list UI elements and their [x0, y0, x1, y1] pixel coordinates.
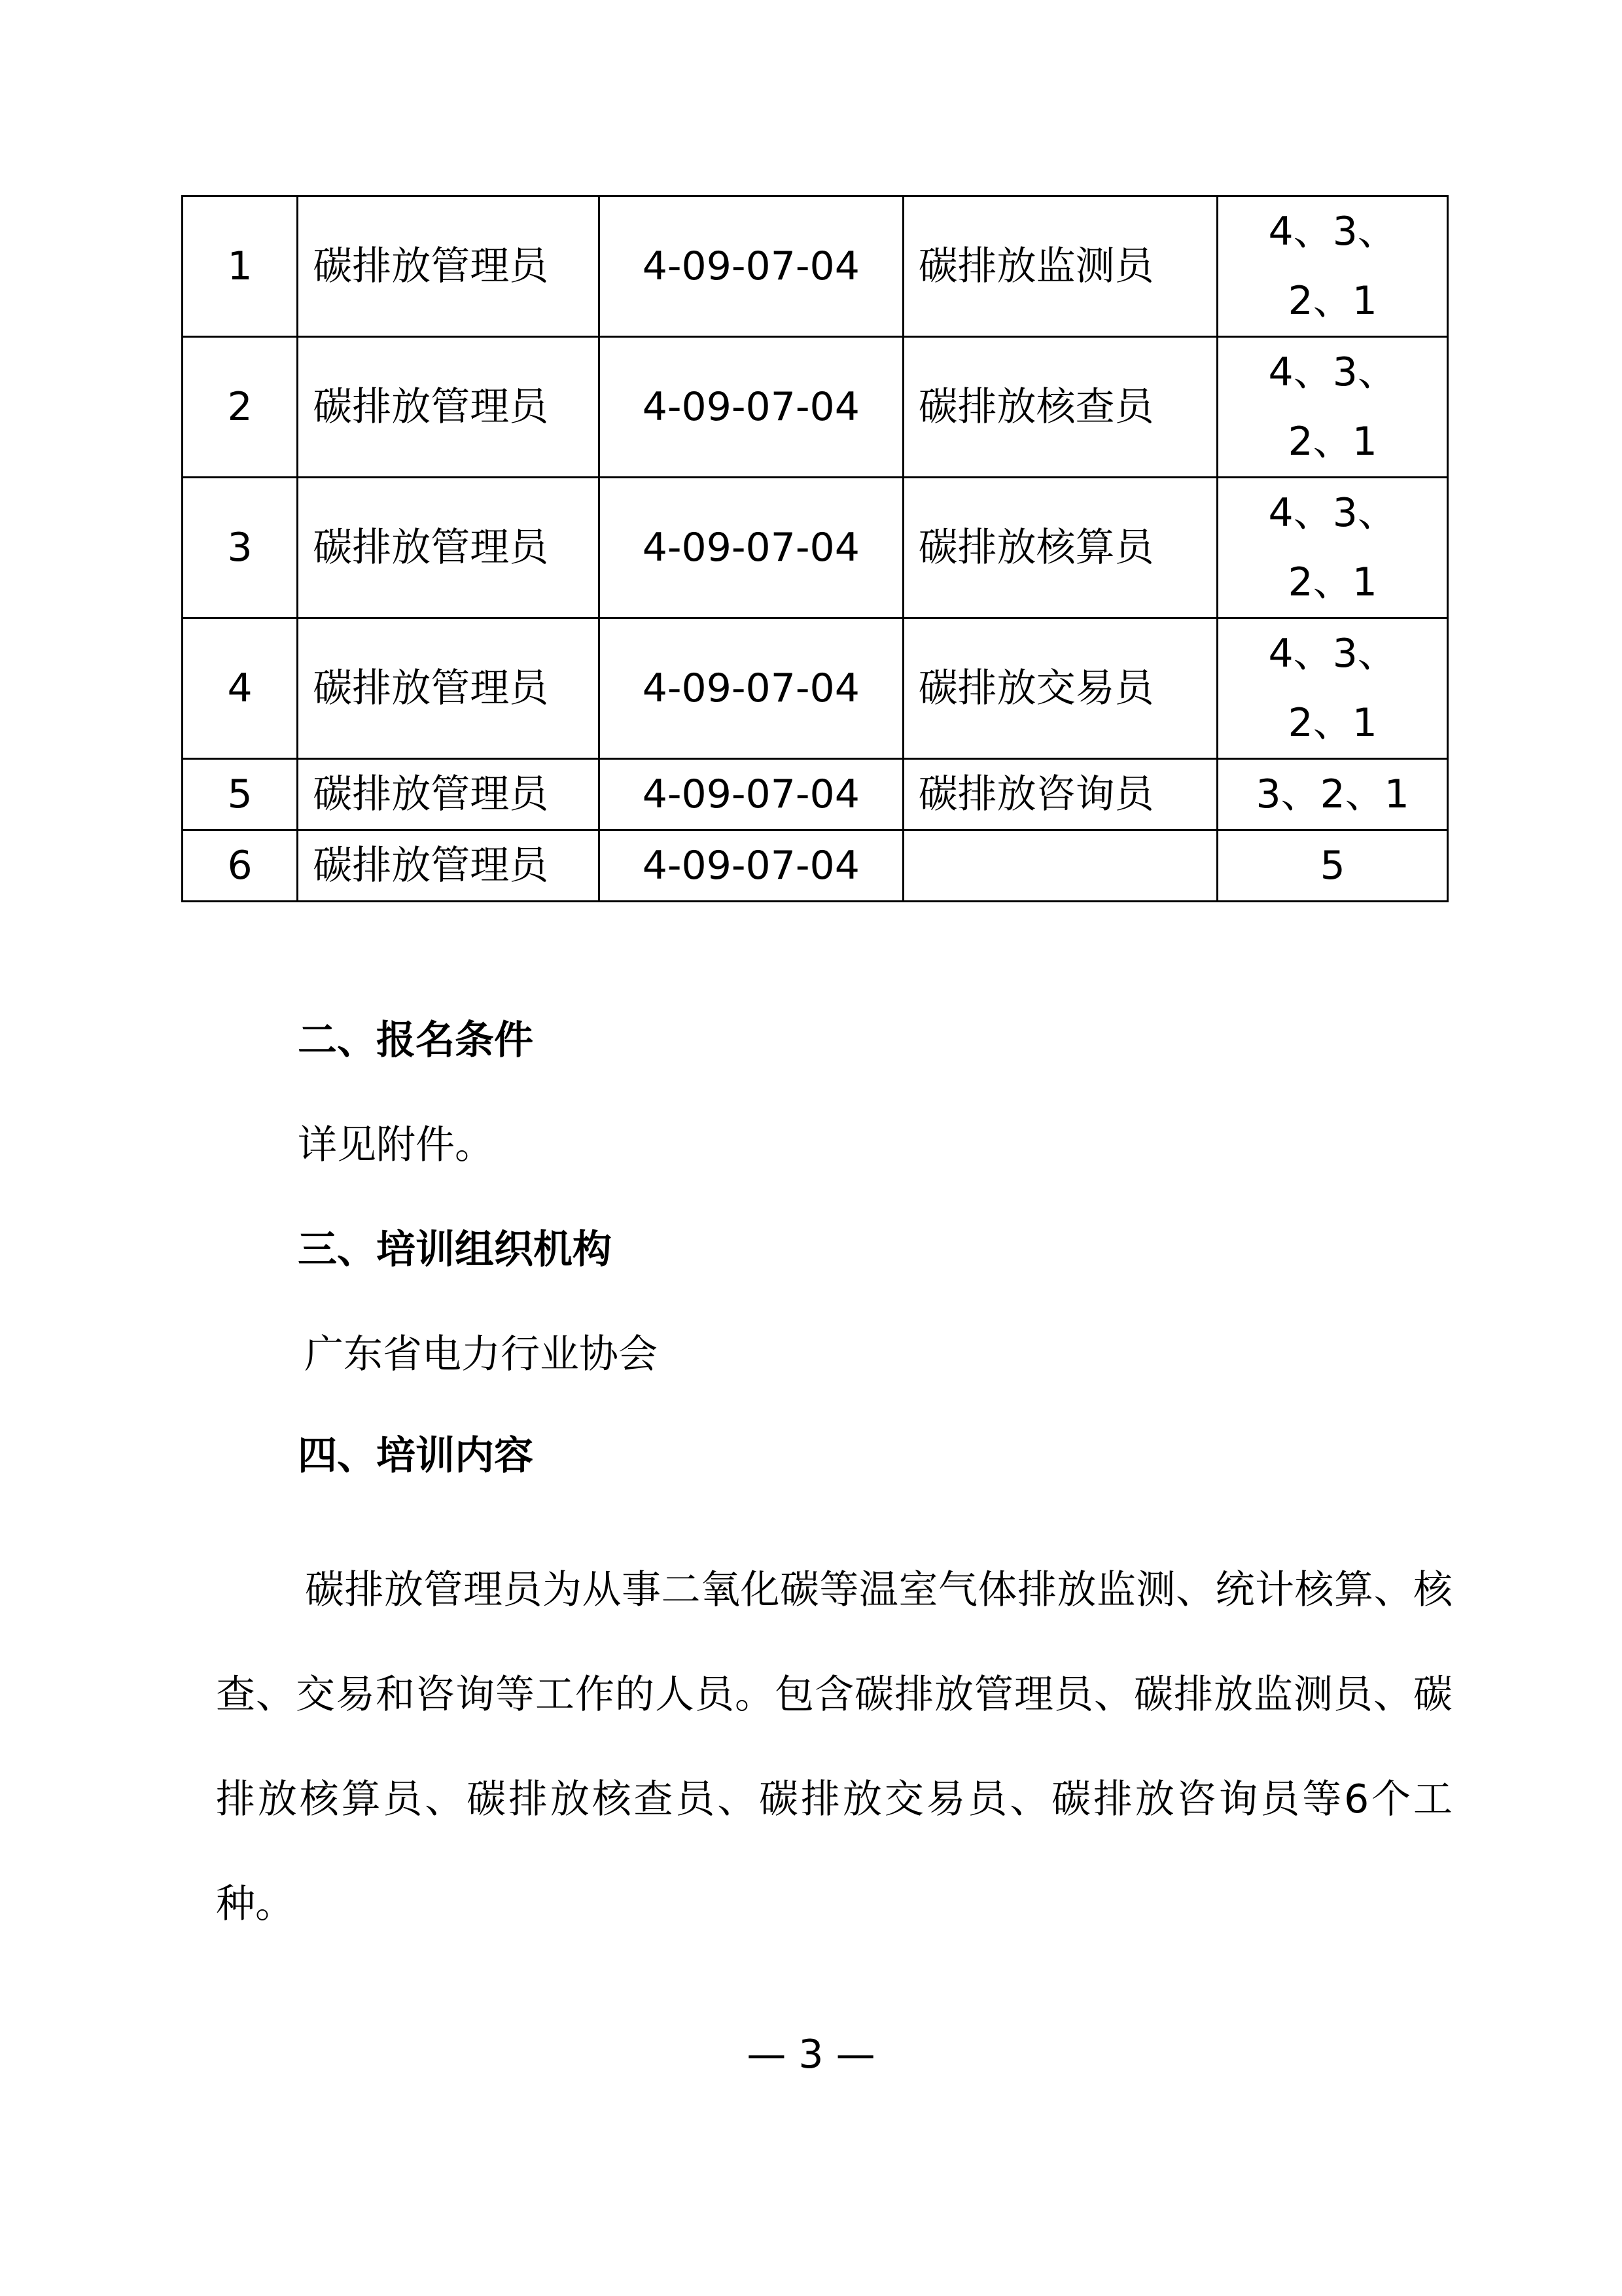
occupation-code: 4-09-07-04	[599, 337, 903, 478]
row-index: 3	[183, 478, 298, 618]
job-type: 碳排放监测员	[903, 196, 1218, 337]
row-index: 6	[183, 830, 298, 902]
table-row: 1 碳排放管理员 4-09-07-04 碳排放监测员 4、3、2、1	[183, 196, 1448, 337]
occupation-name: 碳排放管理员	[298, 830, 599, 902]
job-type: 碳排放核算员	[903, 478, 1218, 618]
document-page: 1 碳排放管理员 4-09-07-04 碳排放监测员 4、3、2、1 2 碳排放…	[0, 0, 1622, 2296]
table-row: 6 碳排放管理员 4-09-07-04 5	[183, 830, 1448, 902]
skill-levels: 4、3、2、1	[1218, 478, 1448, 618]
row-index: 5	[183, 759, 298, 830]
table-row: 2 碳排放管理员 4-09-07-04 碳排放核查员 4、3、2、1	[183, 337, 1448, 478]
page-number: — 3 —	[0, 2028, 1622, 2081]
occupation-table: 1 碳排放管理员 4-09-07-04 碳排放监测员 4、3、2、1 2 碳排放…	[181, 195, 1449, 902]
job-type	[903, 830, 1218, 902]
table-row: 3 碳排放管理员 4-09-07-04 碳排放核算员 4、3、2、1	[183, 478, 1448, 618]
occupation-code: 4-09-07-04	[599, 618, 903, 759]
occupation-name: 碳排放管理员	[298, 759, 599, 830]
occupation-name: 碳排放管理员	[298, 478, 599, 618]
section-heading-organizer: 三、培训组织机构	[298, 1224, 612, 1276]
row-index: 1	[183, 196, 298, 337]
skill-levels: 5	[1218, 830, 1448, 902]
occupation-name: 碳排放管理员	[298, 618, 599, 759]
section-heading-content: 四、培训内容	[298, 1430, 533, 1482]
row-index: 2	[183, 337, 298, 478]
table-row: 4 碳排放管理员 4-09-07-04 碳排放交易员 4、3、2、1	[183, 618, 1448, 759]
content-paragraph: 碳排放管理员为从事二氧化碳等温室气体排放监测、统计核算、核查、交易和咨询等工作的…	[216, 1538, 1453, 1956]
skill-levels: 3、2、1	[1218, 759, 1448, 830]
section-heading-registration: 二、报名条件	[298, 1014, 533, 1067]
occupation-code: 4-09-07-04	[599, 759, 903, 830]
skill-levels: 4、3、2、1	[1218, 337, 1448, 478]
occupation-code: 4-09-07-04	[599, 830, 903, 902]
row-index: 4	[183, 618, 298, 759]
organizer-body: 广东省电力行业协会	[304, 1328, 658, 1381]
occupation-name: 碳排放管理员	[298, 196, 599, 337]
registration-body: 详见附件。	[298, 1119, 494, 1171]
skill-levels: 4、3、2、1	[1218, 618, 1448, 759]
job-type: 碳排放核查员	[903, 337, 1218, 478]
occupation-code: 4-09-07-04	[599, 196, 903, 337]
skill-levels: 4、3、2、1	[1218, 196, 1448, 337]
occupation-code: 4-09-07-04	[599, 478, 903, 618]
job-type: 碳排放咨询员	[903, 759, 1218, 830]
job-type: 碳排放交易员	[903, 618, 1218, 759]
occupation-name: 碳排放管理员	[298, 337, 599, 478]
table-row: 5 碳排放管理员 4-09-07-04 碳排放咨询员 3、2、1	[183, 759, 1448, 830]
